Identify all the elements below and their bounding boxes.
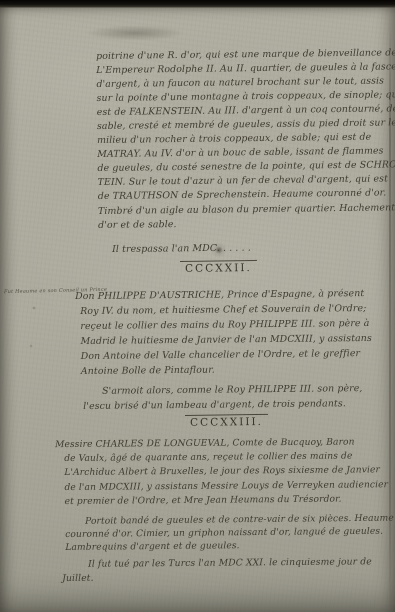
paragraph-longueval-death: Il fut tué par les Turcs l'an MDC XXI. l… [62, 555, 372, 586]
death-date-line: Il trespassa l'an MDC. . . . . . [112, 242, 251, 258]
text-line: Don Antoine del Valle chancelier de l'Or… [81, 347, 372, 365]
page-crease [389, 13, 391, 612]
text-line: et premier de l'Ordre, et Mre Jean Heuma… [64, 492, 388, 509]
paper-sheet: poitrine d'une R. d'or, qui est une marq… [0, 5, 395, 612]
text-line: Juillet. [62, 569, 372, 586]
manuscript-scan-page: poitrine d'une R. d'or, qui est une marq… [0, 0, 395, 612]
scan-top-edge [0, 0, 395, 8]
paragraph-philippe-daustriche: Don PHILIPPE D'AUSTRICHE, Prince d'Espag… [80, 287, 372, 379]
paragraph-longueval-arms: Portoit bandé de gueules et de contre-va… [65, 513, 394, 556]
text-line: l'escu brisé d'un lambeau d'argent, de t… [83, 397, 363, 414]
text-line: Antoine Bolle de Pintaflour. [81, 361, 372, 379]
section-heading-cccxxiii: CCCXXIII. [185, 414, 268, 429]
text-line: Il fut tué par les Turcs l'an MDC XXI. l… [88, 555, 372, 571]
section-heading-cccxxii: CCCXXII. [180, 260, 257, 275]
paragraph-philippe-arms: S'armoit alors, comme le Roy PHILIPPE II… [83, 382, 363, 414]
text-line: Lambrequins d'argent et de gueules. [65, 539, 394, 556]
paragraph-charles-de-longueval: Messire CHARLES DE LONGUEVAL, Comte de B… [64, 435, 388, 509]
paragraph-arms-blazon: poitrine d'une R. d'or, qui est une marq… [96, 46, 395, 233]
